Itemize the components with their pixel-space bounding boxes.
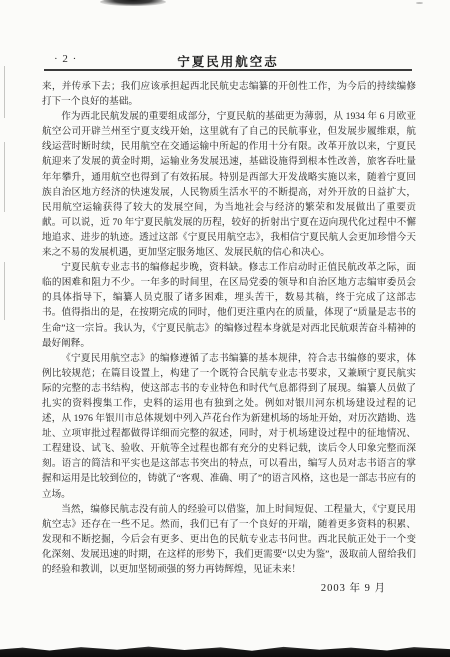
date-line: 2003 年 9 月 — [321, 580, 386, 595]
page-header: · 2 · 宁夏民用航空志 — [44, 52, 412, 68]
scan-artifact-bottom-band — [0, 645, 450, 657]
page-number: · 2 · — [54, 53, 77, 65]
paragraph: 宁夏民航专业志书的编修起步晚，资料缺。修志工作启动时正值民航改革之际，面临的困难… — [42, 260, 416, 351]
paragraph: 《宁夏民用航空志》的编修遵循了志书编纂的基本规律，符合志书编修的要求，体例比较规… — [42, 351, 416, 502]
paragraph: 作为西北民航发展的重要组成部分，宁夏民航的基础更为薄弱，从 1934 年 6 月… — [42, 109, 416, 260]
scan-artifact-left-edge-mark — [4, 142, 5, 212]
paragraph: 当然，编修民航志没有前人的经验可以借鉴，加上时间短促、工程量大，《宁夏民用航空志… — [42, 502, 416, 577]
scan-artifact-top-speck — [416, 2, 423, 4]
scanned-book-page: · 2 · 宁夏民用航空志 来，并传承下去；我们应该承担起西北民航史志编纂的开创… — [0, 0, 450, 657]
scan-artifact-left-edge-mark — [4, 66, 5, 118]
scan-artifact-left-edge-mark — [4, 262, 5, 320]
page-body: 来，并传承下去；我们应该承担起西北民航史志编纂的开创性工作，为今后的持续编修打下… — [42, 79, 416, 577]
running-title: 宁夏民用航空志 — [44, 52, 412, 70]
header-rule — [44, 69, 412, 71]
paragraph-continuation: 来，并传承下去；我们应该承担起西北民航史志编纂的开创性工作，为今后的持续编修打下… — [42, 79, 416, 109]
scan-artifact-top-smudge — [100, 0, 166, 6]
